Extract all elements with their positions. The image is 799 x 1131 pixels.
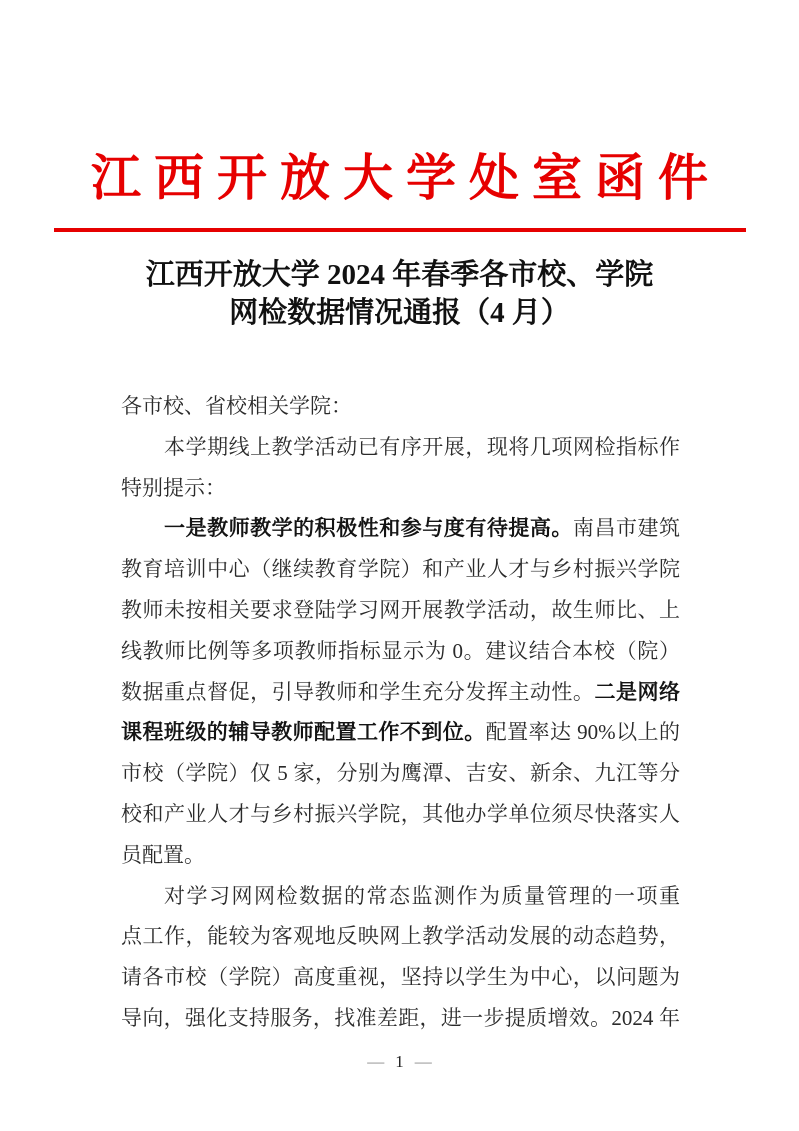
document-title-line-1: 江西开放大学 2024 年春季各市校、学院 (0, 256, 799, 294)
body-line: 校和产业人才与乡村振兴学院，其他办学单位须尽快落实人 (121, 794, 680, 835)
body-line: 课程班级的辅导教师配置工作不到位。配置率达 90%以上的 (121, 712, 680, 753)
body-line: 点工作，能较为客观地反映网上教学活动发展的动态趋势， (121, 916, 680, 957)
text-segment: 点工作，能较为客观地反映网上教学活动发展的动态趋势， (121, 924, 680, 948)
text-segment: 线教师比例等多项教师指标显示为 0。建议结合本校（院） (121, 639, 680, 663)
page-number-value: 1 (386, 1052, 413, 1071)
body-line: 教师未按相关要求登陆学习网开展教学活动，故生师比、上 (121, 590, 680, 631)
page-number-footer: —1— (0, 1052, 799, 1072)
text-segment: 校和产业人才与乡村振兴学院，其他办学单位须尽快落实人 (121, 802, 680, 826)
document-title-line-2: 网检数据情况通报（4 月） (0, 294, 799, 332)
body-line: 请各市校（学院）高度重视，坚持以学生为中心，以问题为 (121, 957, 680, 998)
body-line: 本学期线上教学活动已有序开展，现将几项网检指标作 (121, 427, 680, 468)
document-title: 江西开放大学 2024 年春季各市校、学院 网检数据情况通报（4 月） (0, 256, 799, 332)
text-segment: 各市校、省校相关学院： (121, 394, 352, 418)
body-line: 导向，强化支持服务，找准差距，进一步提质增效。2024 年 (121, 998, 680, 1039)
text-segment: 南昌市建筑 (573, 516, 680, 540)
text-segment: 教育培训中心（继续教育学院）和产业人才与乡村振兴学院 (121, 557, 680, 581)
body-line: 各市校、省校相关学院： (121, 386, 680, 427)
text-segment: 数据重点督促，引导教师和学生充分发挥主动性。 (121, 680, 594, 704)
text-segment: 教师未按相关要求登陆学习网开展教学活动，故生师比、上 (121, 598, 680, 622)
text-segment: 员配置。 (121, 843, 205, 867)
text-segment: 本学期线上教学活动已有序开展，现将几项网检指标作 (164, 435, 680, 459)
body-line: 员配置。 (121, 835, 680, 876)
letterhead-banner: 江西开放大学处室函件 (0, 152, 799, 205)
body-line: 线教师比例等多项教师指标显示为 0。建议结合本校（院） (121, 631, 680, 672)
page-number-dash-left: — (365, 1052, 386, 1071)
bold-text-segment: 一是教师教学的积极性和参与度有待提高。 (164, 516, 573, 540)
body-line: 教育培训中心（继续教育学院）和产业人才与乡村振兴学院 (121, 549, 680, 590)
bold-text-segment: 二是网络 (594, 680, 680, 704)
text-segment: 请各市校（学院）高度重视，坚持以学生为中心，以问题为 (121, 965, 680, 989)
document-page: 江西开放大学处室函件 江西开放大学 2024 年春季各市校、学院 网检数据情况通… (0, 0, 799, 1131)
text-segment: 导向，强化支持服务，找准差距，进一步提质增效。2024 年 (121, 1006, 680, 1030)
body-line: 数据重点督促，引导教师和学生充分发挥主动性。二是网络 (121, 672, 680, 713)
doc-body: 各市校、省校相关学院：本学期线上教学活动已有序开展，现将几项网检指标作特别提示：… (0, 386, 799, 1039)
text-segment: 配置率达 90%以上的 (486, 720, 680, 744)
page-number-dash-right: — (413, 1052, 434, 1071)
body-line: 对学习网网检数据的常态监测作为质量管理的一项重 (121, 876, 680, 917)
body-line: 市校（学院）仅 5 家，分别为鹰潭、吉安、新余、九江等分 (121, 753, 680, 794)
body-line: 一是教师教学的积极性和参与度有待提高。南昌市建筑 (121, 508, 680, 549)
bold-text-segment: 课程班级的辅导教师配置工作不到位。 (121, 720, 486, 744)
text-segment: 特别提示： (121, 476, 226, 500)
body-line: 特别提示： (121, 468, 680, 509)
red-divider-line (54, 228, 746, 232)
text-segment: 对学习网网检数据的常态监测作为质量管理的一项重 (164, 884, 680, 908)
text-segment: 市校（学院）仅 5 家，分别为鹰潭、吉安、新余、九江等分 (121, 761, 680, 785)
